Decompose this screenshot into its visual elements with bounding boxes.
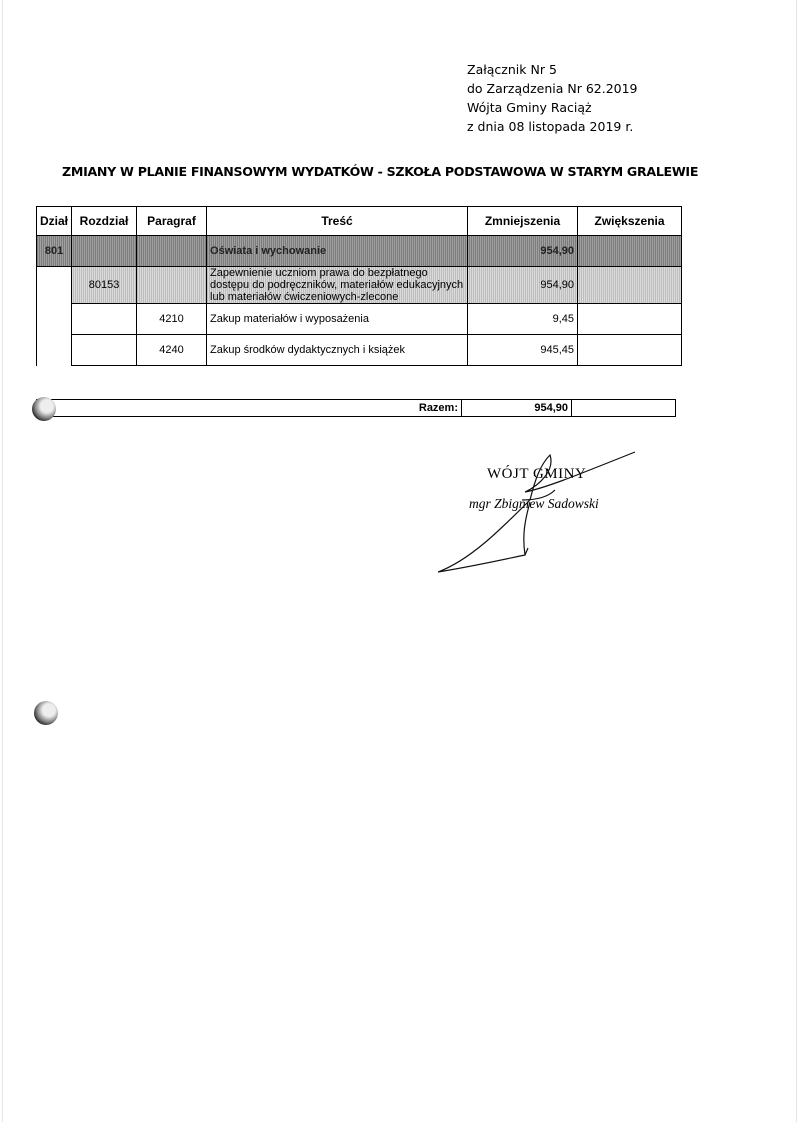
- cell-dzial: [37, 335, 72, 366]
- cell-tresc: Oświata i wychowanie: [207, 236, 468, 267]
- expense-plan-table: Dział Rozdział Paragraf Treść Zmniejszen…: [36, 206, 682, 366]
- cell-dzial: [37, 267, 72, 304]
- page-edge-right: [796, 0, 797, 1122]
- cell-paragraf: [137, 236, 207, 267]
- header-dzial: Dział: [37, 207, 72, 236]
- annex-header: Załącznik Nr 5 do Zarządzenia Nr 62.2019…: [467, 60, 638, 136]
- cell-paragraf: 4210: [137, 304, 207, 335]
- total-zwiekszenia: [572, 400, 676, 417]
- handwritten-signature-icon: [430, 440, 650, 590]
- punch-hole-icon: [34, 701, 58, 725]
- cell-zwiekszenia: [578, 335, 682, 366]
- annex-line: Załącznik Nr 5: [467, 60, 638, 79]
- table-row: 4210 Zakup materiałów i wyposażenia 9,45: [37, 304, 682, 335]
- cell-paragraf: [137, 267, 207, 304]
- cell-tresc: Zakup środków dydaktycznych i książek: [207, 335, 468, 366]
- cell-tresc: Zapewnienie uczniom prawa do bezpłatnego…: [207, 267, 468, 304]
- cell-zwiekszenia: [578, 304, 682, 335]
- cell-zmniejszenia: 9,45: [468, 304, 578, 335]
- header-paragraf: Paragraf: [137, 207, 207, 236]
- page-edge-left: [2, 0, 3, 1122]
- cell-dzial: [37, 304, 72, 335]
- cell-rozdzial: [72, 304, 137, 335]
- cell-zwiekszenia: [578, 267, 682, 304]
- cell-dzial: 801: [37, 236, 72, 267]
- header-rozdzial: Rozdział: [72, 207, 137, 236]
- cell-rozdzial: [72, 236, 137, 267]
- header-tresc: Treść: [207, 207, 468, 236]
- cell-zmniejszenia: 945,45: [468, 335, 578, 366]
- cell-rozdzial: [72, 335, 137, 366]
- table-row: 4240 Zakup środków dydaktycznych i książ…: [37, 335, 682, 366]
- punch-hole-icon: [32, 397, 56, 421]
- total-table: Razem: 954,90: [36, 399, 676, 417]
- cell-zmniejszenia: 954,90: [468, 236, 578, 267]
- table-header-row: Dział Rozdział Paragraf Treść Zmniejszen…: [37, 207, 682, 236]
- cell-tresc: Zakup materiałów i wyposażenia: [207, 304, 468, 335]
- header-zwiekszenia: Zwiększenia: [578, 207, 682, 236]
- cell-zwiekszenia: [578, 236, 682, 267]
- table-row: 801 Oświata i wychowanie 954,90: [37, 236, 682, 267]
- cell-rozdzial: 80153: [72, 267, 137, 304]
- annex-line: Wójta Gminy Raciąż: [467, 98, 638, 117]
- document-title: ZMIANY W PLANIE FINANSOWYM WYDATKÓW - SZ…: [62, 164, 698, 179]
- total-zmniejszenia: 954,90: [462, 400, 572, 417]
- cell-zmniejszenia: 954,90: [468, 267, 578, 304]
- total-label: Razem:: [37, 400, 462, 417]
- annex-line: z dnia 08 listopada 2019 r.: [467, 117, 638, 136]
- table-row: 80153 Zapewnienie uczniom prawa do bezpł…: [37, 267, 682, 304]
- total-row: Razem: 954,90: [37, 400, 676, 417]
- header-zmniejszenia: Zmniejszenia: [468, 207, 578, 236]
- annex-line: do Zarządzenia Nr 62.2019: [467, 79, 638, 98]
- cell-paragraf: 4240: [137, 335, 207, 366]
